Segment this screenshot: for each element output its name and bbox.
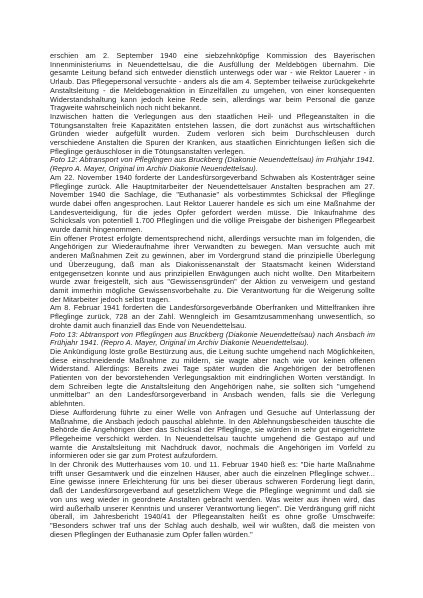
paragraph-kein-offener-protest: Ein offener Protest erfolgte dementsprec… [50, 235, 375, 305]
photo-caption-13: Foto 13: Abtransport von Pfleglingen aus… [50, 331, 375, 348]
paragraph-verlegungen-toetungsanstalten: Inzwischen hatten die Verlegungen aus de… [50, 113, 375, 157]
document-page: erschien am 2. September 1940 eine siebz… [0, 0, 423, 598]
text-body: erschien am 2. September 1940 eine siebz… [50, 52, 375, 539]
paragraph-ankuendigung-bestuerzung: Die Ankündigung löste große Bestürzung a… [50, 348, 375, 409]
paragraph-februar-1941-728-pfleglinge: Am 8. Februar 1941 forderten die Landesf… [50, 304, 375, 330]
paragraph-november-1940-euthanasie: Am 22. November 1940 forderte der Landes… [50, 174, 375, 235]
paragraph-chronik-mutterhaus: In der Chronik des Mutterhauses vom 10. … [50, 461, 375, 539]
paragraph-commission-september-1940: erschien am 2. September 1940 eine siebz… [50, 52, 375, 113]
paragraph-anfragen-gestapo: Diese Aufforderung führte zu einer Welle… [50, 409, 375, 461]
photo-caption-12: Foto 12: Abtransport von Pfleglingen aus… [50, 156, 375, 173]
